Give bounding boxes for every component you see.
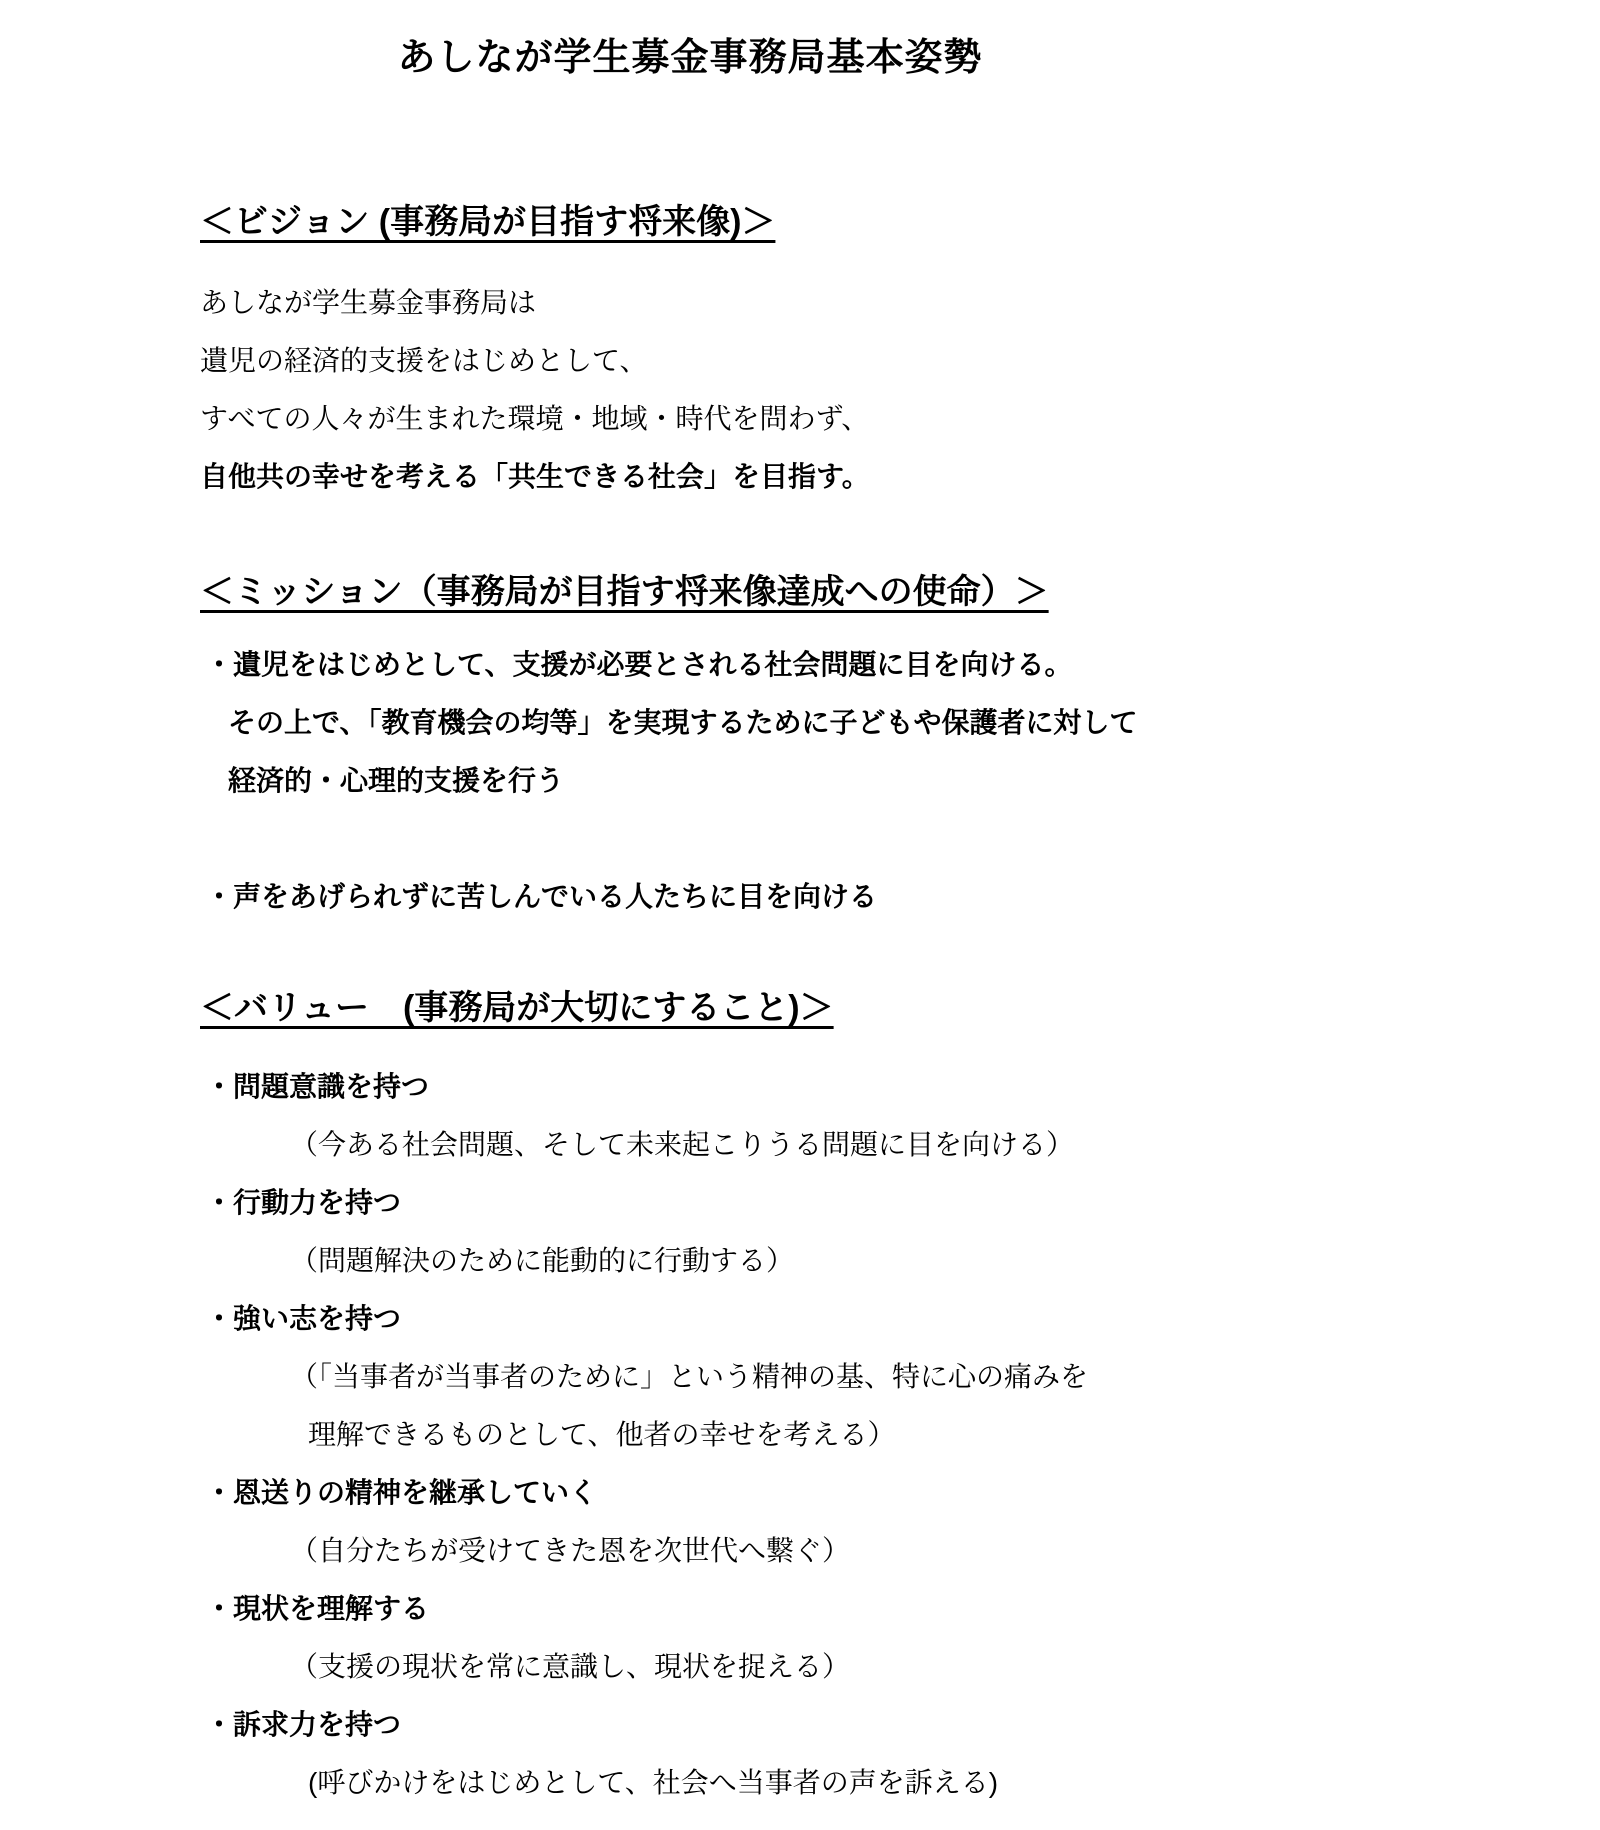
- value-item-5-detail: （支援の現状を常に意識し、現状を捉える）: [290, 1638, 1180, 1696]
- mission-bullet-1-cont-2: 経済的・心理的支援を行う: [228, 752, 1180, 810]
- vision-line-1: あしなが学生募金事務局は: [200, 274, 1180, 332]
- blank-line: [200, 810, 1180, 868]
- value-item-3-label: ・強い志を持つ: [205, 1290, 1180, 1348]
- values-heading: ＜バリュー (事務局が大切にすること)＞: [200, 986, 1180, 1030]
- document-page: あしなが学生募金事務局基本姿勢 ＜ビジョン (事務局が目指す将来像)＞ あしなが…: [0, 0, 1600, 1830]
- mission-bullet-2: ・声をあげられずに苦しんでいる人たちに目を向ける: [205, 868, 1180, 926]
- value-item-2-detail: （問題解決のために能動的に行動する）: [290, 1232, 1180, 1290]
- vision-heading: ＜ビジョン (事務局が目指す将来像)＞: [200, 200, 1180, 244]
- vision-line-4: 自他共の幸せを考える「共生できる社会」を目指す。: [200, 448, 1180, 506]
- value-item-4-detail: （自分たちが受けてきた恩を次世代へ繋ぐ）: [290, 1522, 1180, 1580]
- value-item-5-label: ・現状を理解する: [205, 1580, 1180, 1638]
- section-values: ＜バリュー (事務局が大切にすること)＞ ・問題意識を持つ （今ある社会問題、そ…: [200, 986, 1180, 1812]
- section-vision: ＜ビジョン (事務局が目指す将来像)＞ あしなが学生募金事務局は 遺児の経済的支…: [200, 200, 1180, 506]
- value-item-3-detail-1: （「当事者が当事者のために」という精神の基、特に心の痛みを: [290, 1348, 1180, 1406]
- mission-heading: ＜ミッション（事務局が目指す将来像達成への使命）＞: [200, 570, 1180, 614]
- value-item-6-detail: (呼びかけをはじめとして、社会へ当事者の声を訴える): [308, 1754, 1180, 1812]
- document-content: あしなが学生募金事務局基本姿勢 ＜ビジョン (事務局が目指す将来像)＞ あしなが…: [0, 0, 1180, 1812]
- value-item-1-label: ・問題意識を持つ: [205, 1058, 1180, 1116]
- values-body: ・問題意識を持つ （今ある社会問題、そして未来起こりうる問題に目を向ける） ・行…: [200, 1058, 1180, 1812]
- vision-body: あしなが学生募金事務局は 遺児の経済的支援をはじめとして、 すべての人々が生まれ…: [200, 274, 1180, 506]
- mission-bullet-1: ・遺児をはじめとして、支援が必要とされる社会問題に目を向ける。: [205, 636, 1180, 694]
- value-item-3-detail-2: 理解できるものとして、他者の幸せを考える）: [308, 1406, 1180, 1464]
- document-title: あしなが学生募金事務局基本姿勢: [200, 0, 1180, 82]
- value-item-1-detail: （今ある社会問題、そして未来起こりうる問題に目を向ける）: [290, 1116, 1180, 1174]
- value-item-4-label: ・恩送りの精神を継承していく: [205, 1464, 1180, 1522]
- vision-line-3: すべての人々が生まれた環境・地域・時代を問わず、: [200, 390, 1180, 448]
- value-item-6-label: ・訴求力を持つ: [205, 1696, 1180, 1754]
- mission-bullet-1-cont-1: その上で、「教育機会の均等」を実現するために子どもや保護者に対して: [228, 694, 1180, 752]
- section-mission: ＜ミッション（事務局が目指す将来像達成への使命）＞ ・遺児をはじめとして、支援が…: [200, 570, 1180, 926]
- mission-body: ・遺児をはじめとして、支援が必要とされる社会問題に目を向ける。 その上で、「教育…: [200, 636, 1180, 926]
- vision-line-2: 遺児の経済的支援をはじめとして、: [200, 332, 1180, 390]
- value-item-2-label: ・行動力を持つ: [205, 1174, 1180, 1232]
